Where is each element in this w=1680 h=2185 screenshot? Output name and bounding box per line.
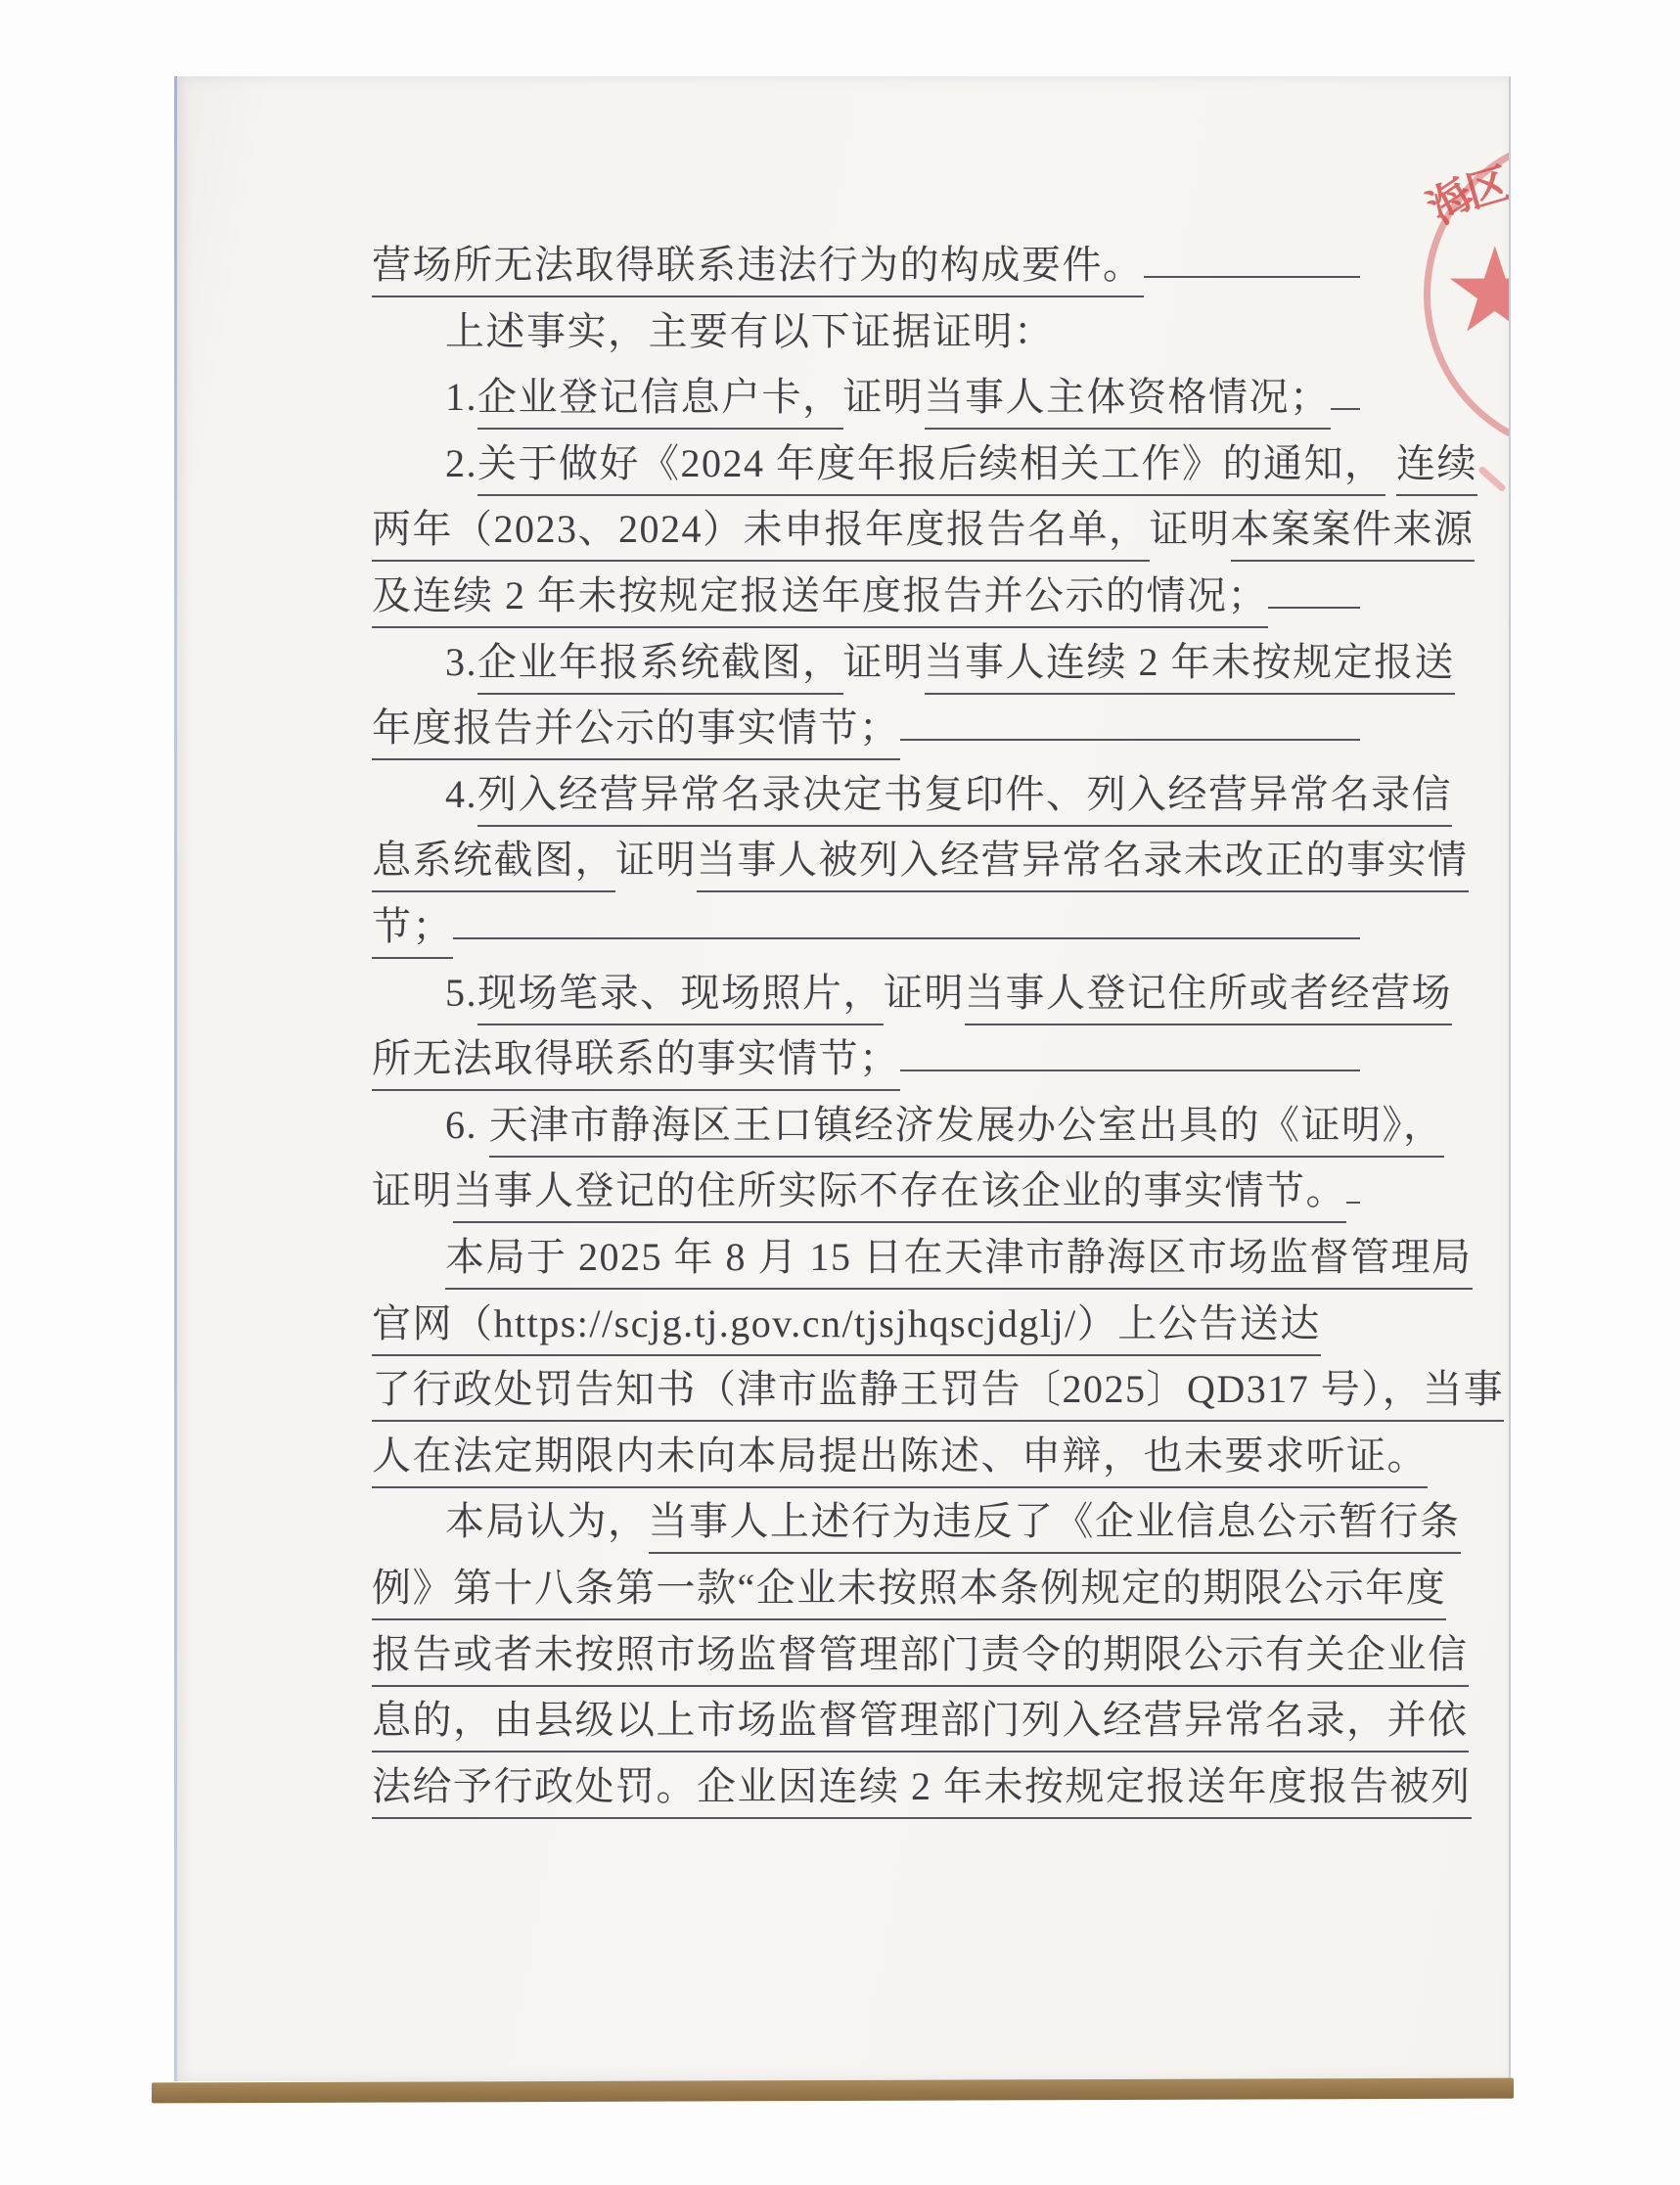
photo-of-document: { "page": { "background_color": "#fdfdfd… bbox=[0, 0, 1680, 2185]
text-line: 所无法取得联系的事实情节； bbox=[372, 1033, 1360, 1094]
text-line: 及连续 2 年未按规定报送年度报告并公示的情况； bbox=[372, 570, 1360, 631]
text-segment: 本局认为， bbox=[445, 1496, 649, 1552]
text-line: 法给予行政处罚。企业因连续 2 年未按规定报送年度报告被列 bbox=[372, 1761, 1360, 1822]
text-segment: 2. bbox=[445, 438, 477, 494]
text-line: 节； bbox=[372, 901, 1360, 962]
underlined-text-segment: 了行政处罚告知书（津市监静王罚告〔2025〕QD317 号），当事 bbox=[372, 1364, 1504, 1422]
text-segment: 证明 bbox=[372, 1165, 453, 1221]
text-segment: 1. bbox=[445, 372, 477, 428]
trailing-underline bbox=[1144, 271, 1361, 278]
text-line: 两年（2023、2024）未申报年度报告名单，证明本案案件来源 bbox=[372, 504, 1360, 565]
underlined-text-segment: 本局于 2025 年 8 月 15 日在天津市静海区市场监督管理局 bbox=[445, 1232, 1473, 1290]
trailing-underline bbox=[900, 1065, 1361, 1071]
text-segment: 证明 bbox=[843, 372, 925, 428]
underlined-text-segment: 报告或者未按照市场监督管理部门责令的期限公示有关企业信 bbox=[372, 1629, 1469, 1687]
text-line: 年度报告并公示的事实情节； bbox=[372, 703, 1360, 763]
underlined-text-segment: 当事人上述行为违反了《企业信息公示暂行条 bbox=[649, 1496, 1461, 1554]
text-line: 官网（https://scjg.tj.gov.cn/tjsjhqscjdglj/… bbox=[372, 1298, 1360, 1359]
underlined-text-segment: 列入经营异常名录决定书复印件、列入经营异常名录信 bbox=[477, 769, 1452, 827]
text-segment: 5. bbox=[445, 968, 477, 1024]
document-text-block: 营场所无法取得联系违法行为的构成要件。上述事实，主要有以下证据证明：1.企业登记… bbox=[174, 76, 1509, 2081]
text-segment: 证明 bbox=[615, 835, 697, 890]
underlined-text-segment: 所无法取得联系的事实情节； bbox=[372, 1033, 900, 1091]
text-segment: 6. bbox=[445, 1100, 489, 1156]
text-line: 1.企业登记信息户卡，证明当事人主体资格情况； bbox=[445, 372, 1360, 432]
underlined-text-segment: 息的，由县级以上市场监督管理部门列入经营异常名录，并依 bbox=[372, 1695, 1469, 1753]
underlined-text-segment: 当事人主体资格情况； bbox=[925, 372, 1331, 430]
underlined-text-segment: 关于做好《2024 年度年报后续相关工作》的通知， bbox=[477, 438, 1385, 496]
text-line: 3.企业年报系统截图，证明当事人连续 2 年未按规定报送 bbox=[445, 637, 1360, 698]
text-segment: 证明 bbox=[884, 968, 965, 1024]
text-line: 4.列入经营异常名录决定书复印件、列入经营异常名录信 bbox=[445, 769, 1360, 830]
trailing-underline bbox=[900, 734, 1361, 741]
text-line: 上述事实，主要有以下证据证明： bbox=[445, 306, 1360, 367]
text-segment: 上述事实，主要有以下证据证明： bbox=[445, 306, 1055, 362]
text-line: 本局认为，当事人上述行为违反了《企业信息公示暂行条 bbox=[445, 1496, 1360, 1557]
underlined-text-segment: 本案案件来源 bbox=[1231, 504, 1475, 562]
underlined-text-segment: 当事人登记的住所实际不存在该企业的事实情节。 bbox=[453, 1165, 1346, 1223]
text-line: 报告或者未按照市场监督管理部门责令的期限公示有关企业信 bbox=[372, 1629, 1360, 1690]
text-segment: 3. bbox=[445, 637, 477, 693]
text-line: 证明当事人登记的住所实际不存在该企业的事实情节。 bbox=[372, 1165, 1360, 1226]
underlined-text-segment: 当事人登记住所或者经营场 bbox=[965, 968, 1452, 1025]
text-line: 息系统截图，证明当事人被列入经营异常名录未改正的事实情 bbox=[372, 835, 1360, 895]
text-line: 息的，由县级以上市场监督管理部门列入经营异常名录，并依 bbox=[372, 1695, 1360, 1755]
underlined-text-segment: 现场笔录、现场照片， bbox=[477, 968, 884, 1025]
text-line: 例》第十八条第一款“企业未按照本条例规定的期限公示年度 bbox=[372, 1563, 1360, 1623]
text-segment bbox=[1385, 438, 1397, 494]
trailing-underline bbox=[453, 933, 1360, 939]
underlined-text-segment: 连续 bbox=[1396, 438, 1477, 496]
underlined-text-segment: 当事人被列入经营异常名录未改正的事实情 bbox=[697, 835, 1469, 892]
text-line: 本局于 2025 年 8 月 15 日在天津市静海区市场监督管理局 bbox=[445, 1232, 1360, 1293]
text-line: 6. 天津市静海区王口镇经济发展办公室出具的《证明》， bbox=[445, 1100, 1360, 1161]
underlined-text-segment: 官网（https://scjg.tj.gov.cn/tjsjhqscjdglj/… bbox=[372, 1298, 1321, 1356]
document-page: ★ 海 区 营场所无法取得联系违法行为的构成要件。上述事实，主要有以下证据证明：… bbox=[174, 76, 1511, 2081]
text-segment: 证明 bbox=[1150, 504, 1231, 560]
text-line: 人在法定期限内未向本局提出陈述、申辩，也未要求听证。 bbox=[372, 1431, 1360, 1491]
text-line: 营场所无法取得联系违法行为的构成要件。 bbox=[372, 240, 1360, 300]
text-segment: 4. bbox=[445, 769, 477, 825]
underlined-text-segment: 法给予行政处罚。企业因连续 2 年未按规定报送年度报告被列 bbox=[372, 1761, 1472, 1819]
underlined-text-segment: 及连续 2 年未按规定报送年度报告并公示的情况； bbox=[372, 570, 1268, 628]
text-line: 了行政处罚告知书（津市监静王罚告〔2025〕QD317 号），当事 bbox=[372, 1364, 1360, 1425]
text-line: 2.关于做好《2024 年度年报后续相关工作》的通知， 连续 bbox=[445, 438, 1360, 499]
desk-surface-edge bbox=[152, 2078, 1514, 2104]
underlined-text-segment: 例》第十八条第一款“企业未按照本条例规定的期限公示年度 bbox=[372, 1563, 1446, 1620]
trailing-underline bbox=[1346, 1197, 1360, 1204]
underlined-text-segment: 节； bbox=[372, 901, 453, 959]
underlined-text-segment: 两年（2023、2024）未申报年度报告名单， bbox=[372, 504, 1150, 562]
text-segment: 证明 bbox=[843, 637, 925, 693]
underlined-text-segment: 人在法定期限内未向本局提出陈述、申辩，也未要求听证。 bbox=[372, 1431, 1428, 1488]
text-line: 5.现场笔录、现场照片，证明当事人登记住所或者经营场 bbox=[445, 968, 1360, 1028]
trailing-underline bbox=[1268, 602, 1360, 609]
underlined-text-segment: 营场所无法取得联系违法行为的构成要件。 bbox=[372, 240, 1144, 297]
trailing-underline bbox=[1331, 403, 1361, 410]
underlined-text-segment: 企业登记信息户卡， bbox=[477, 372, 843, 430]
underlined-text-segment: 企业年报系统截图， bbox=[477, 637, 843, 695]
underlined-text-segment: 当事人连续 2 年未按规定报送 bbox=[925, 637, 1456, 695]
underlined-text-segment: 息系统截图， bbox=[372, 835, 615, 892]
underlined-text-segment: 天津市静海区王口镇经济发展办公室出具的《证明》， bbox=[489, 1100, 1444, 1158]
underlined-text-segment: 年度报告并公示的事实情节； bbox=[372, 703, 900, 760]
